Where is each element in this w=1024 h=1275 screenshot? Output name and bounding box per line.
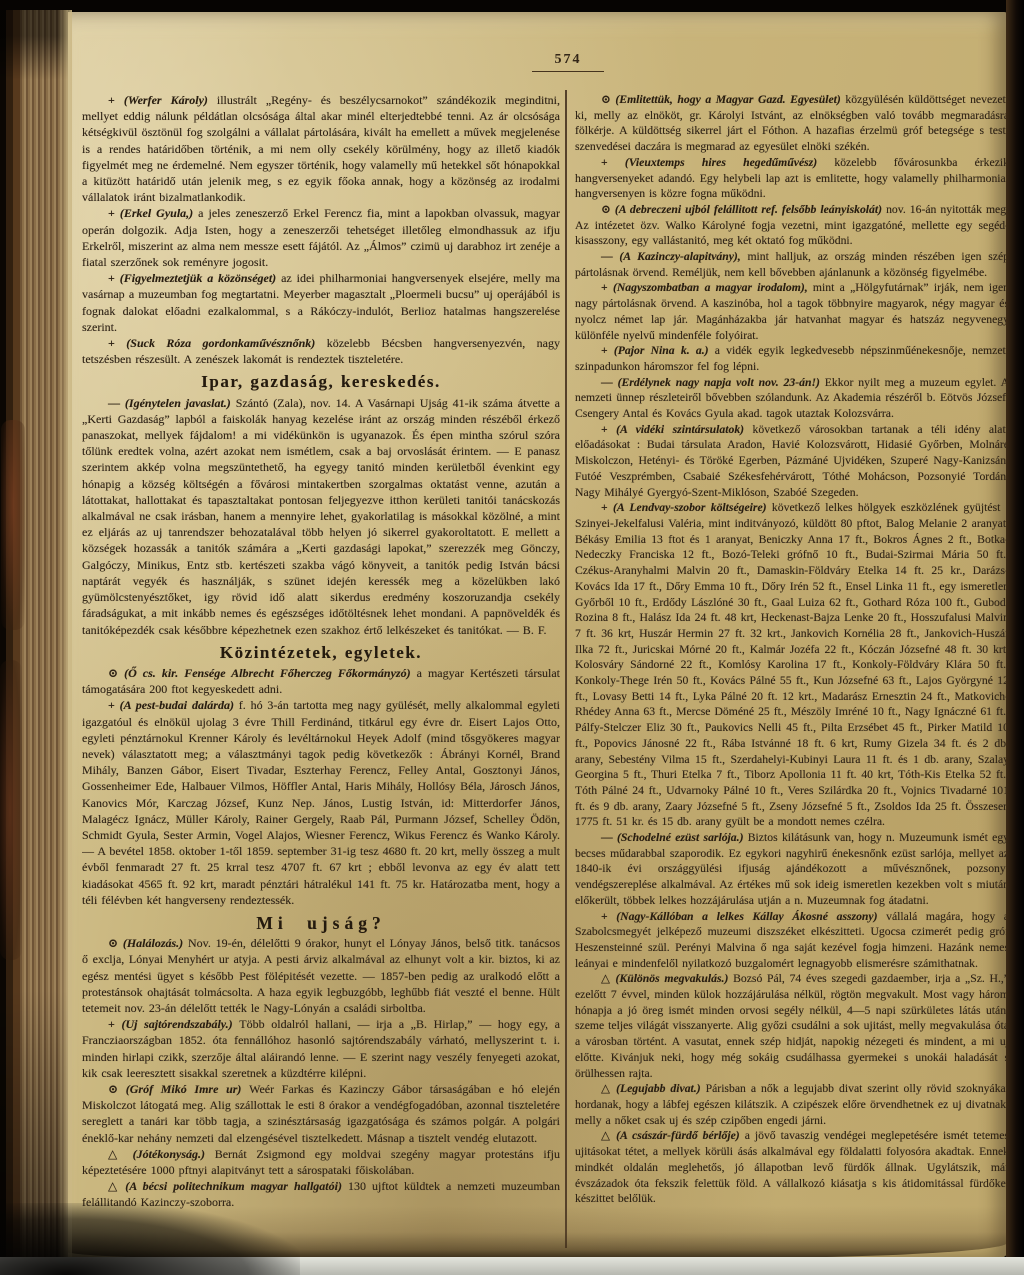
article: ⊙ (Ő cs. kir. Fensége Albrecht Főherczeg… <box>82 665 560 697</box>
article-title: (A pest-budai dalárda) <box>120 698 239 712</box>
article: + (Nagyszombatban a magyar irodalom), mi… <box>575 280 1008 343</box>
article-marker-dash: — <box>601 831 617 844</box>
section-heading: Közintézetek, egyletek. <box>82 645 560 661</box>
article-body: Bozsó Pál, 74 éves szegedi gazdaember, i… <box>575 972 1008 1079</box>
article-title: (Vieuxtemps hires hegedűművész) <box>625 156 834 169</box>
article-marker-circled-dot: ⊙ <box>108 1082 126 1096</box>
article-title: (Werfer Károly) <box>124 93 217 107</box>
article-title: (Gróf Mikó Imre ur) <box>126 1082 249 1096</box>
article-marker-triangle: △ <box>108 1179 125 1193</box>
article-marker-plus: + <box>601 910 616 923</box>
bottom-left-shadow <box>0 1203 300 1275</box>
article-marker-dash: — <box>108 396 125 410</box>
right-column: ⊙ (Emlitettük, hogy a Magyar Gazd. Egyes… <box>575 92 1008 1248</box>
article-title: (Schodelné ezüst sarlója.) <box>617 831 748 844</box>
article: + (Vieuxtemps hires hegedűművész) közele… <box>575 155 1008 202</box>
article: — (Schodelné ezüst sarlója.) Biztos kilá… <box>575 830 1008 909</box>
spine-leather-patch <box>0 660 22 960</box>
left-column: + (Werfer Károly) illustrált „Regény- és… <box>82 92 560 1248</box>
article: + (Erkel Gyula,) a jeles zeneszerző Erke… <box>82 205 560 270</box>
article-title: (Erkel Gyula,) <box>120 206 198 220</box>
article-marker-plus: + <box>108 1017 121 1031</box>
article-marker-plus: + <box>601 344 614 357</box>
article-title: (Nagyszombatban a magyar irodalom), <box>613 281 813 294</box>
article-marker-circled-dot: ⊙ <box>601 203 615 216</box>
article: ⊙ (Emlitettük, hogy a Magyar Gazd. Egyes… <box>575 92 1008 155</box>
article-marker-plus: + <box>108 336 126 350</box>
article: + (Uj sajtórendszabály.) Több oldalról h… <box>82 1016 560 1081</box>
article-body: f. hó 3-án tartotta meg nagy gyülését, m… <box>82 698 560 906</box>
article-marker-circled-dot: ⊙ <box>108 936 123 950</box>
article-title: (A császár-fürdő bérlője) <box>616 1129 745 1142</box>
article-title: (Pajor Nina k. a.) <box>614 344 715 357</box>
article-marker-triangle: △ <box>601 1129 616 1142</box>
article-title: (Igénytelen javaslat.) <box>125 396 236 410</box>
article: △ (A császár-fürdő bérlője) a jövő tavas… <box>575 1128 1008 1207</box>
article: + (Figyelmeztetjük a közönséget) az idei… <box>82 270 560 335</box>
article-title: (Legujabb divat.) <box>616 1082 706 1095</box>
article-marker-circled-dot: ⊙ <box>108 666 124 680</box>
article-marker-plus: + <box>108 93 124 107</box>
scan-right-border <box>1006 0 1024 1275</box>
article-body: illustrált „Regény- és beszélycsarnokot”… <box>82 93 560 204</box>
article: ⊙ (Gróf Mikó Imre ur) Weér Farkas és Kaz… <box>82 1081 560 1146</box>
article: ⊙ (Halálozás.) Nov. 19-én, délelőtti 9 ó… <box>82 935 560 1016</box>
article: — (A Kazinczy-alapitvány), mint halljuk,… <box>575 249 1008 280</box>
article-marker-circled-dot: ⊙ <box>601 93 615 106</box>
article-title: (Halálozás.) <box>123 936 188 950</box>
article: + (Werfer Károly) illustrált „Regény- és… <box>82 92 560 205</box>
article: △ (Jótékonyság.) Bernát Zsigmond egy mol… <box>82 1146 560 1178</box>
book-page: 574 + (Werfer Károly) illustrált „Regény… <box>64 12 1008 1258</box>
article-marker-plus: + <box>601 423 616 436</box>
article-title: (A Kazinczy-alapitvány), <box>619 250 747 263</box>
article-title: (Erdélynek nagy napja volt nov. 23-án!) <box>618 376 825 389</box>
article-marker-dash: — <box>601 250 619 263</box>
article-marker-plus: + <box>108 271 120 285</box>
article-marker-triangle: △ <box>108 1147 133 1161</box>
article-marker-plus: + <box>601 281 613 294</box>
article-body: Szántó (Zala), nov. 14. A Vasárnapi Ujsá… <box>82 396 560 637</box>
article-marker-dash: — <box>601 376 618 389</box>
article-title: (Ő cs. kir. Fensége Albrecht Főherczeg F… <box>124 666 417 680</box>
article-title: (A vidéki szintársulatok) <box>616 423 752 436</box>
article-title: (Nagy-Kállóban a lelkes Kállay Ákosné as… <box>616 910 886 923</box>
article-title: (Emlitettük, hogy a Magyar Gazd. Egyesül… <box>615 93 845 106</box>
article: ⊙ (A debreczeni ujból felállitott ref. f… <box>575 202 1008 249</box>
article-title: (A Lendvay-szobor költségeire) <box>613 501 772 514</box>
article-marker-plus: + <box>108 206 120 220</box>
article-marker-triangle: △ <box>601 972 616 985</box>
section-heading: Mi ujság? <box>82 915 560 931</box>
article-marker-plus: + <box>601 156 625 169</box>
article-title: (Figyelmeztetjük a közönséget) <box>120 271 281 285</box>
article: + (Suck Róza gordonkaművésznőnk) közeleb… <box>82 335 560 367</box>
article-marker-triangle: △ <box>601 1082 616 1095</box>
article: △ (Különös megvakulás.) Bozsó Pál, 74 év… <box>575 971 1008 1081</box>
article: + (A vidéki szintársulatok) következő vá… <box>575 422 1008 501</box>
article: — (Erdélynek nagy napja volt nov. 23-án!… <box>575 375 1008 422</box>
scan-frame: 574 + (Werfer Károly) illustrált „Regény… <box>0 0 1024 1275</box>
article: + (A pest-budai dalárda) f. hó 3-án tart… <box>82 697 560 908</box>
article-title: (Uj sajtórendszabály.) <box>121 1017 239 1031</box>
article-title: (Jótékonyság.) <box>133 1147 215 1161</box>
article-title: (A debreczeni ujból felállitott ref. fel… <box>615 203 886 216</box>
page-number: 574 <box>532 52 604 72</box>
article-title: (Különös megvakulás.) <box>616 972 734 985</box>
article-body: következő lelkes hölgyek eszközlének gyü… <box>575 501 1008 828</box>
article: △ (Legujabb divat.) Párisban a nők a leg… <box>575 1081 1008 1128</box>
article: + (Pajor Nina k. a.) a vidék egyik legke… <box>575 343 1008 374</box>
article-marker-plus: + <box>601 501 613 514</box>
spine-leather-patch <box>1 420 25 630</box>
article: — (Igénytelen javaslat.) Szántó (Zala), … <box>82 395 560 638</box>
article: + (Nagy-Kállóban a lelkes Kállay Ákosné … <box>575 909 1008 972</box>
column-divider-rule <box>565 90 567 1248</box>
binding-page-fade <box>58 10 72 1275</box>
article-marker-plus: + <box>108 698 120 712</box>
article-title: (A bécsi politechnikum magyar hallgatói) <box>125 1179 348 1193</box>
article: + (A Lendvay-szobor költségeire) követke… <box>575 500 1008 830</box>
section-heading: Ipar, gazdaság, kereskedés. <box>82 374 560 390</box>
article-title: (Suck Róza gordonkaművésznőnk) <box>126 336 326 350</box>
